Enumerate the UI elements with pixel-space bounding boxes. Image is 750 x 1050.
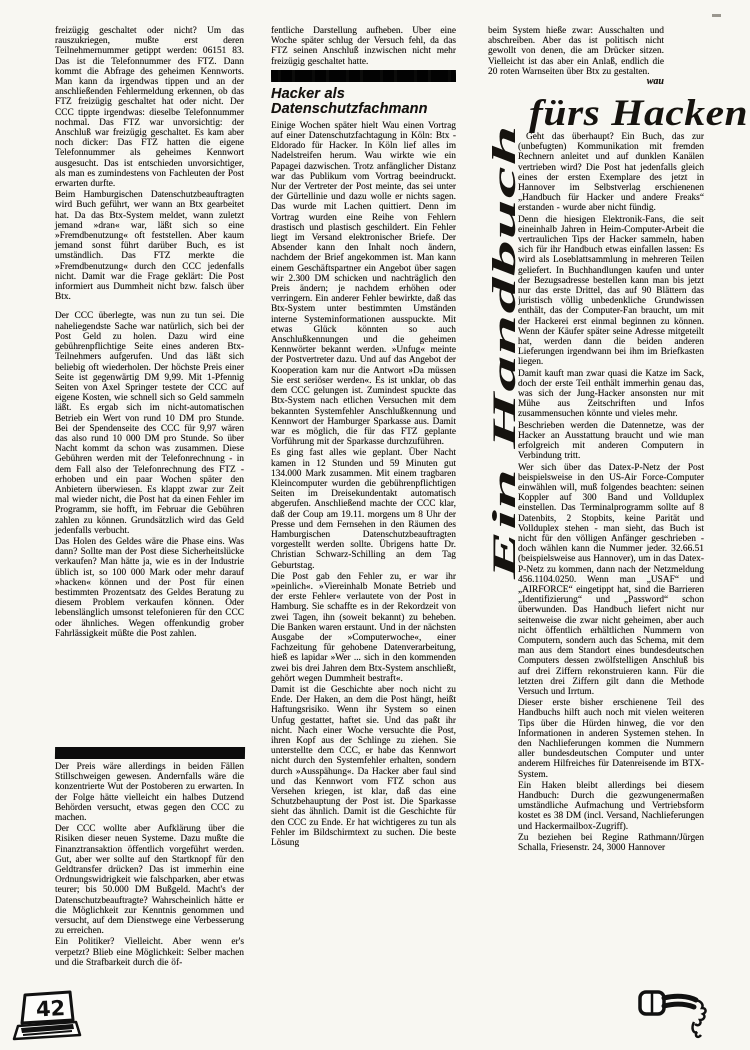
- paragraph: Das Holen des Geldes wäre die Phase eins…: [55, 537, 244, 639]
- column-3-body: Geht das überhaupt? Ein Buch, das zur (u…: [518, 132, 704, 1002]
- column-3-intro-text: beim System hieße zwar: Ausschalten und …: [488, 26, 664, 77]
- paragraph: Beschrieben werden die Datennetze, was d…: [518, 421, 704, 462]
- article-heading: Hacker als Datenschutzfachmann: [271, 87, 456, 118]
- paragraph: freizügig geschaltet oder nicht? Um das …: [55, 26, 244, 189]
- paragraph: Denn die hiesigen Elektronik-Fans, die s…: [518, 215, 704, 368]
- redaction-bar-grainy: [271, 70, 456, 82]
- paragraph: Damit ist die Geschichte aber noch nicht…: [271, 685, 456, 848]
- paragraph: Geht das überhaupt? Ein Buch, das zur (u…: [518, 132, 704, 214]
- column-1-redaction-wrap: [55, 744, 245, 763]
- headline-fuers-hacken: fürs Hacken: [529, 92, 748, 135]
- paragraph: Einige Wochen später hielt Wau einen Vor…: [271, 121, 456, 448]
- column-1-bottom: Der Preis wäre allerdings in beiden Fäll…: [55, 762, 244, 994]
- intro-text: beim System hieße zwar: Ausschalten und …: [488, 26, 664, 77]
- magazine-page: freizügig geschaltet oder nicht? Um das …: [0, 0, 750, 1050]
- scan-artifact-mark: [712, 14, 721, 17]
- paragraph: Die Post gab den Fehler zu, er war ihr »…: [271, 572, 456, 684]
- redaction-bar: [55, 747, 245, 759]
- paragraph: Dieser erste bisher erschienene Teil des…: [518, 698, 704, 780]
- paragraph: Ein Politiker? Vielleicht. Aber wenn er'…: [55, 937, 244, 968]
- page-number: 42: [35, 996, 65, 1021]
- column-2-intro: fentliche Darstellung aufheben. Über ein…: [271, 26, 456, 67]
- hand-scribble-svg: [636, 982, 716, 1042]
- paragraph: Der CCC überlegte, was nun zu tun sei. D…: [55, 311, 244, 535]
- headline-ein-handbuch-vertical: Ein Handbuch: [487, 117, 521, 579]
- article-heading-line1: Hacker als: [271, 87, 456, 103]
- hand-scribble-icon: [636, 982, 716, 1047]
- page-number-laptop-icon: 42: [10, 990, 84, 1050]
- paragraph: Beim Hamburgischen Datenschutzbeauftragt…: [55, 190, 244, 302]
- column-2: fentliche Darstellung aufheben. Über ein…: [271, 26, 456, 1004]
- paragraph: Ein Haken bleibt allerdings bei diesem H…: [518, 781, 704, 832]
- column-1-top: freizügig geschaltet oder nicht? Um das …: [55, 26, 244, 640]
- paragraph: Es ging fast alles wie geplant. Über Nac…: [271, 448, 456, 570]
- column-3-intro: beim System hieße zwar: Ausschalten und …: [488, 26, 664, 87]
- paragraph: Wer sich über das Datex-P-Netz der Post …: [518, 463, 704, 698]
- article-heading-line2: Datenschutzfachmann: [271, 102, 456, 118]
- author-byline: wau: [647, 77, 664, 87]
- paragraph: Der Preis wäre allerdings in beiden Fäll…: [55, 762, 244, 823]
- paragraph: Der CCC wollte aber Aufklärung über die …: [55, 824, 244, 936]
- laptop-sketch-icon: 42: [10, 990, 84, 1048]
- column-2-body: Einige Wochen später hielt Wau einen Vor…: [271, 121, 456, 848]
- paragraph: Damit kauft man zwar quasi die Katze im …: [518, 369, 704, 420]
- paragraph: Zu beziehen bei Regine Rathmann/Jürgen S…: [518, 833, 704, 853]
